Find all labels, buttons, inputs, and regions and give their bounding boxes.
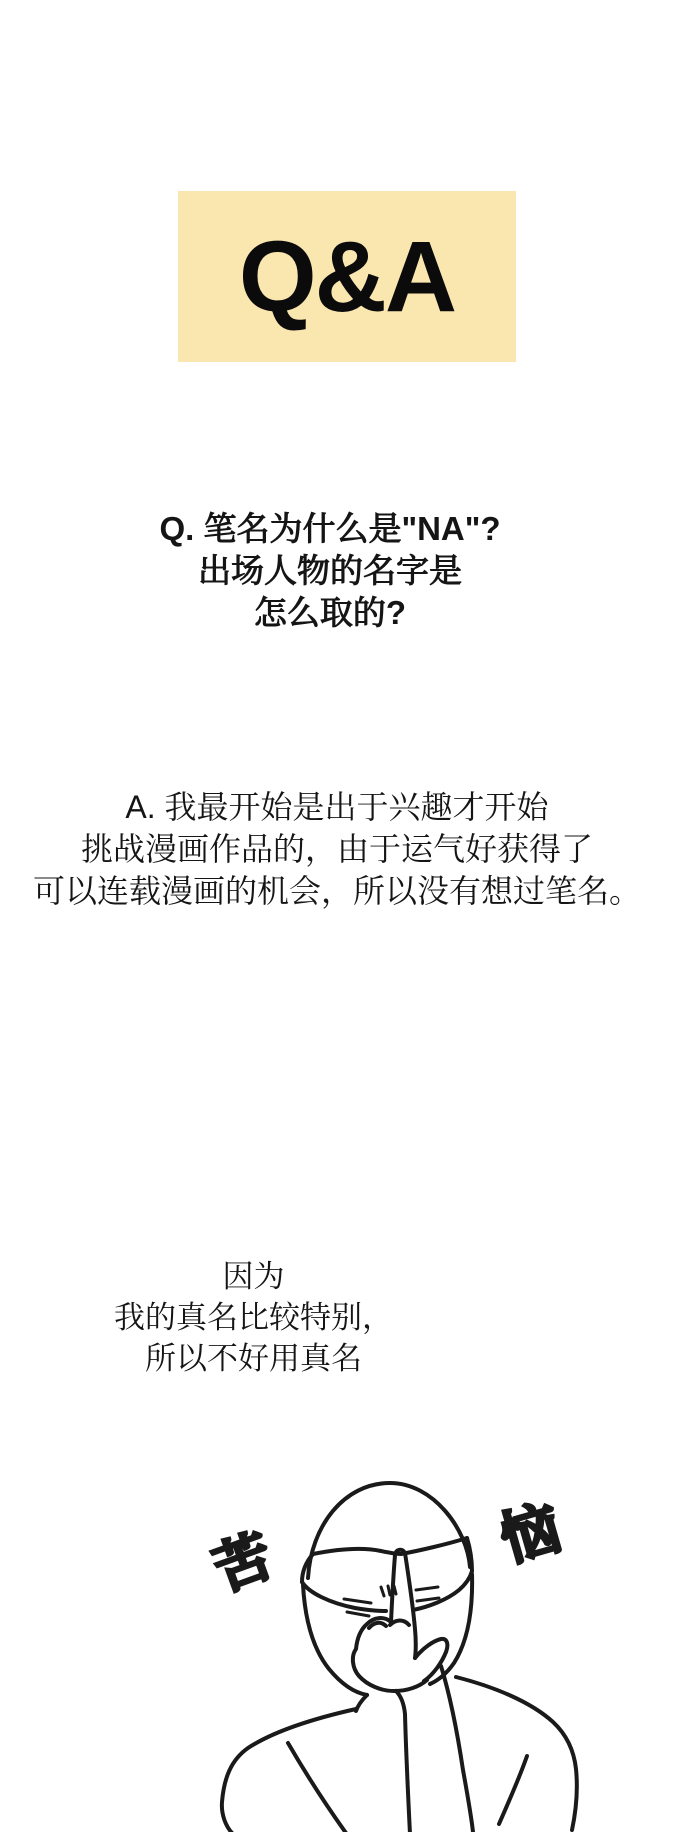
hat-brim-bottom-left [302,1582,386,1611]
left-eye-dash-bottom [347,1612,369,1616]
right-eye-dash-top [416,1587,438,1590]
finger-left-edge [391,1555,395,1622]
fist-knuckle-1 [369,1623,386,1628]
reason-line-3: 所以不好用真名 [0,1338,507,1379]
question-line-2: 出场人物的名字是 [0,550,660,592]
kanji-vexed: 恼 [494,1495,568,1573]
reason-line-1: 因为 [0,1256,507,1297]
qa-title: Q&A [239,227,455,327]
chest-accent-left [288,1743,346,1832]
reason-block: 因为 我的真名比较特别， 所以不好用真名 [0,1256,507,1379]
question-line-1: Q. 笔名为什么是"NA"? [0,508,660,550]
answer-line-2: 挑战漫画作品的，由于运气好获得了 [0,828,674,870]
left-eye-dash-top [344,1599,371,1603]
question-line-3: 怎么取的? [0,592,660,634]
fist-knuckle-2 [390,1621,409,1626]
hat-dome [308,1483,470,1578]
stress-tick-1 [381,1587,384,1596]
right-forearm-edge [441,1666,473,1832]
stress-tick-2 [388,1586,390,1595]
figure-drawing: 苦 恼 [0,1430,690,1832]
right-eye-dash-bottom [417,1598,439,1601]
right-shoulder [456,1677,577,1830]
answer-line-3: 可以连载漫画的机会，所以没有想过笔名。 [0,870,674,912]
left-shoulder [222,1709,356,1832]
qa-title-box: Q&A [178,191,516,362]
chest-accent-right [499,1756,527,1824]
left-forearm-edge [396,1691,410,1832]
comic-page: Q&A Q. 笔名为什么是"NA"? 出场人物的名字是 怎么取的? A. 我最开… [0,0,690,1832]
answer-block: A. 我最开始是出于兴趣才开始 挑战漫画作品的，由于运气好获得了 可以连载漫画的… [0,786,674,912]
reason-line-2: 我的真名比较特别， [0,1297,507,1338]
answer-line-1: A. 我最开始是出于兴趣才开始 [0,786,674,828]
kanji-bitter: 苦 [206,1523,280,1601]
finger-right-edge [405,1553,416,1658]
hat-brim-top [313,1538,467,1554]
question-block: Q. 笔名为什么是"NA"? 出场人物的名字是 怎么取的? [0,508,660,634]
